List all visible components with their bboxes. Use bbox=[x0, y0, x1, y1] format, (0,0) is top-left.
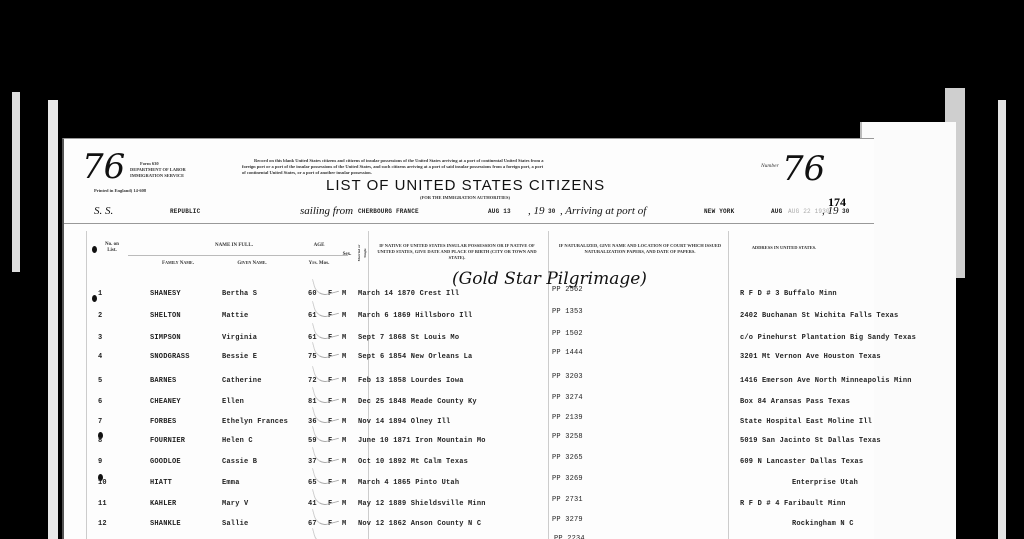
marital-status: M bbox=[342, 458, 346, 466]
passport-number: PP 1353 bbox=[552, 308, 583, 316]
header-given-name: Given Name. bbox=[222, 261, 282, 267]
marital-status: M bbox=[342, 334, 346, 342]
marital-status: M bbox=[342, 290, 346, 298]
row-number: 2 bbox=[98, 312, 102, 320]
family-name: CHEANEY bbox=[150, 398, 181, 406]
year-prefix-2: , 19 bbox=[822, 205, 839, 217]
header-address: ADDRESS IN UNITED STATES. bbox=[734, 245, 834, 251]
us-address: Box 84 Aransas Pass Texas bbox=[740, 398, 850, 406]
given-name: Helen C bbox=[222, 437, 253, 445]
birth-date-place: May 12 1889 Shieldsville Minn bbox=[358, 500, 486, 508]
handwritten-number-left: 76 bbox=[82, 147, 125, 187]
family-name: BARNES bbox=[150, 377, 176, 385]
marital-status: M bbox=[342, 353, 346, 361]
us-address: c/o Pinehurst Plantation Big Sandy Texas bbox=[740, 334, 916, 342]
us-address: 609 N Lancaster Dallas Texas bbox=[740, 458, 863, 466]
form-subtitle: (FOR THE IMMIGRATION AUTHORITIES) bbox=[420, 195, 510, 200]
row-number: 7 bbox=[98, 418, 102, 426]
birth-date-place: Feb 13 1858 Lourdes Iowa bbox=[358, 377, 464, 385]
underlying-page bbox=[860, 122, 956, 539]
row-number: 8 bbox=[98, 437, 102, 445]
birth-date-place: Nov 12 1862 Anson County N C bbox=[358, 520, 481, 528]
header-birth: IF NATIVE OF UNITED STATES INSULAR POSSE… bbox=[372, 243, 542, 261]
departure-port: CHERBOURG FRANCE bbox=[358, 208, 419, 215]
row-number: 1 bbox=[98, 290, 102, 298]
binder-edge-right-2 bbox=[998, 100, 1006, 539]
marital-status: M bbox=[342, 418, 346, 426]
row-number: 6 bbox=[98, 398, 102, 406]
birth-date-place: Sept 6 1854 New Orleans La bbox=[358, 353, 472, 361]
marital-status: M bbox=[342, 500, 346, 508]
passport-number: PP 3203 bbox=[552, 373, 583, 381]
birth-date-place: June 10 1871 Iron Mountain Mo bbox=[358, 437, 486, 445]
given-name: Emma bbox=[222, 479, 240, 487]
year-prefix-1: , 19 bbox=[528, 205, 545, 217]
header-married: Married or Single bbox=[356, 241, 368, 265]
header-age: AGE bbox=[304, 243, 334, 249]
notice-line-2: foreign port or a port of the insular po… bbox=[242, 164, 543, 169]
ss-label: S. S. bbox=[94, 205, 113, 217]
passport-number: PP 3279 bbox=[552, 516, 583, 524]
us-address: State Hospital East Moline Ill bbox=[740, 418, 872, 426]
row-number: 12 bbox=[98, 520, 107, 528]
arrival-year: 30 bbox=[842, 208, 850, 215]
arrival-port: NEW YORK bbox=[704, 208, 734, 215]
family-name: SHELTON bbox=[150, 312, 181, 320]
printed-note: Printed in England) 14-608 bbox=[94, 188, 146, 193]
birth-date-place: Nov 14 1894 Olney Ill bbox=[358, 418, 450, 426]
header-yrs-mos: Yrs. Mos. bbox=[304, 261, 334, 267]
row-number: 5 bbox=[98, 377, 102, 385]
given-name: Cassie B bbox=[222, 458, 257, 466]
passport-number: PP 1444 bbox=[552, 349, 583, 357]
us-address: R F D # 4 Faribault Minn bbox=[740, 500, 846, 508]
department-label: DEPARTMENT OF LABOR bbox=[130, 167, 186, 172]
marital-status: M bbox=[342, 312, 346, 320]
given-name: Mattie bbox=[222, 312, 248, 320]
punch-hole bbox=[92, 295, 97, 302]
row-number: 9 bbox=[98, 458, 102, 466]
given-name: Ellen bbox=[222, 398, 244, 406]
binder-edge-left bbox=[12, 92, 20, 272]
service-label: IMMIGRATION SERVICE bbox=[130, 173, 184, 178]
header-divider bbox=[64, 223, 874, 224]
number-label: Number bbox=[761, 163, 779, 169]
name-subdivider bbox=[128, 255, 348, 256]
family-name: SHANESY bbox=[150, 290, 181, 298]
row-number: 10 bbox=[98, 479, 107, 487]
passport-number: PP 2562 bbox=[552, 286, 583, 294]
us-address: 3201 Mt Vernon Ave Houston Texas bbox=[740, 353, 881, 361]
header-sex: Sex. bbox=[340, 252, 354, 258]
handwritten-number-right: 76 bbox=[782, 149, 825, 189]
header-family-name: Family Name. bbox=[148, 261, 208, 267]
given-name: Bessie E bbox=[222, 353, 257, 361]
marital-status: M bbox=[342, 520, 346, 528]
family-name: HIATT bbox=[150, 479, 172, 487]
birth-date-place: March 14 1870 Crest Ill bbox=[358, 290, 459, 298]
passport-number: PP 2139 bbox=[552, 414, 583, 422]
notice-line-3: of continental United States, or a port … bbox=[242, 170, 372, 175]
given-name: Virginia bbox=[222, 334, 257, 342]
departure-year: 30 bbox=[548, 208, 556, 215]
us-address: 5019 San Jacinto St Dallas Texas bbox=[740, 437, 881, 445]
gold-star-pilgrimage-annotation: (Gold Star Pilgrimage) bbox=[452, 269, 647, 289]
family-name: SHANKLE bbox=[150, 520, 181, 528]
us-address: Rockingham N C bbox=[792, 520, 854, 528]
birth-date-place: Dec 25 1848 Meade County Ky bbox=[358, 398, 477, 406]
binder-edge-left-2 bbox=[48, 100, 58, 539]
header-naturalized: IF NATURALIZED, GIVE NAME AND LOCATION O… bbox=[558, 243, 722, 255]
given-name: Bertha S bbox=[222, 290, 257, 298]
family-name: FOURNIER bbox=[150, 437, 185, 445]
col-rule-1 bbox=[86, 231, 87, 539]
birth-date-place: Sept 7 1868 St Louis Mo bbox=[358, 334, 459, 342]
birth-date-place: March 6 1869 Hillsboro Ill bbox=[358, 312, 472, 320]
us-address: R F D # 3 Buffalo Minn bbox=[740, 290, 837, 298]
punch-hole bbox=[92, 246, 97, 253]
us-address: 1416 Emerson Ave North Minneapolis Minn bbox=[740, 377, 912, 385]
notice-line-1: Record on this blank United States citiz… bbox=[254, 158, 543, 163]
family-name: SNODGRASS bbox=[150, 353, 190, 361]
given-name: Catherine bbox=[222, 377, 262, 385]
header-no-on-list: No. on List. bbox=[104, 242, 120, 254]
given-name: Ethelyn Frances bbox=[222, 418, 288, 426]
manifest-page: 76 Form 630 DEPARTMENT OF LABOR IMMIGRAT… bbox=[62, 138, 874, 539]
given-name: Mary V bbox=[222, 500, 248, 508]
marital-status: M bbox=[342, 437, 346, 445]
family-name: FORBES bbox=[150, 418, 176, 426]
header-name-in-full: NAME IN FULL. bbox=[194, 243, 274, 249]
sailing-label: sailing from bbox=[300, 205, 353, 217]
birth-date-place: March 4 1865 Pinto Utah bbox=[358, 479, 459, 487]
family-name: KAHLER bbox=[150, 500, 176, 508]
passport-number: PP 3258 bbox=[552, 433, 583, 441]
marital-status: M bbox=[342, 377, 346, 385]
departure-date: AUG 13 bbox=[488, 208, 511, 215]
col-rule-4 bbox=[728, 231, 729, 539]
family-name: GOODLOE bbox=[150, 458, 181, 466]
arrival-month: AUG bbox=[771, 208, 782, 215]
marital-status: M bbox=[342, 479, 346, 487]
passport-number: PP 3269 bbox=[552, 475, 583, 483]
us-address: 2402 Buchanan St Wichita Falls Texas bbox=[740, 312, 898, 320]
passport-number: PP 3265 bbox=[552, 454, 583, 462]
row-number: 11 bbox=[98, 500, 107, 508]
passport-number: PP 2234 bbox=[554, 535, 585, 539]
ship-name: REPUBLIC bbox=[170, 208, 200, 215]
marital-status: M bbox=[342, 398, 346, 406]
passport-number: PP 2731 bbox=[552, 496, 583, 504]
birth-date-place: Oct 10 1892 Mt Calm Texas bbox=[358, 458, 468, 466]
row-number: 4 bbox=[98, 353, 102, 361]
us-address: Enterprise Utah bbox=[792, 479, 858, 487]
passport-number: PP 1502 bbox=[552, 330, 583, 338]
form-title: LIST OF UNITED STATES CITIZENS bbox=[326, 177, 605, 194]
given-name: Sallie bbox=[222, 520, 248, 528]
passport-number: PP 3274 bbox=[552, 394, 583, 402]
arriving-label: , Arriving at port of bbox=[560, 205, 646, 217]
form-number: Form 630 bbox=[140, 161, 159, 166]
col-rule-2 bbox=[368, 231, 369, 539]
family-name: SIMPSON bbox=[150, 334, 181, 342]
row-number: 3 bbox=[98, 334, 102, 342]
